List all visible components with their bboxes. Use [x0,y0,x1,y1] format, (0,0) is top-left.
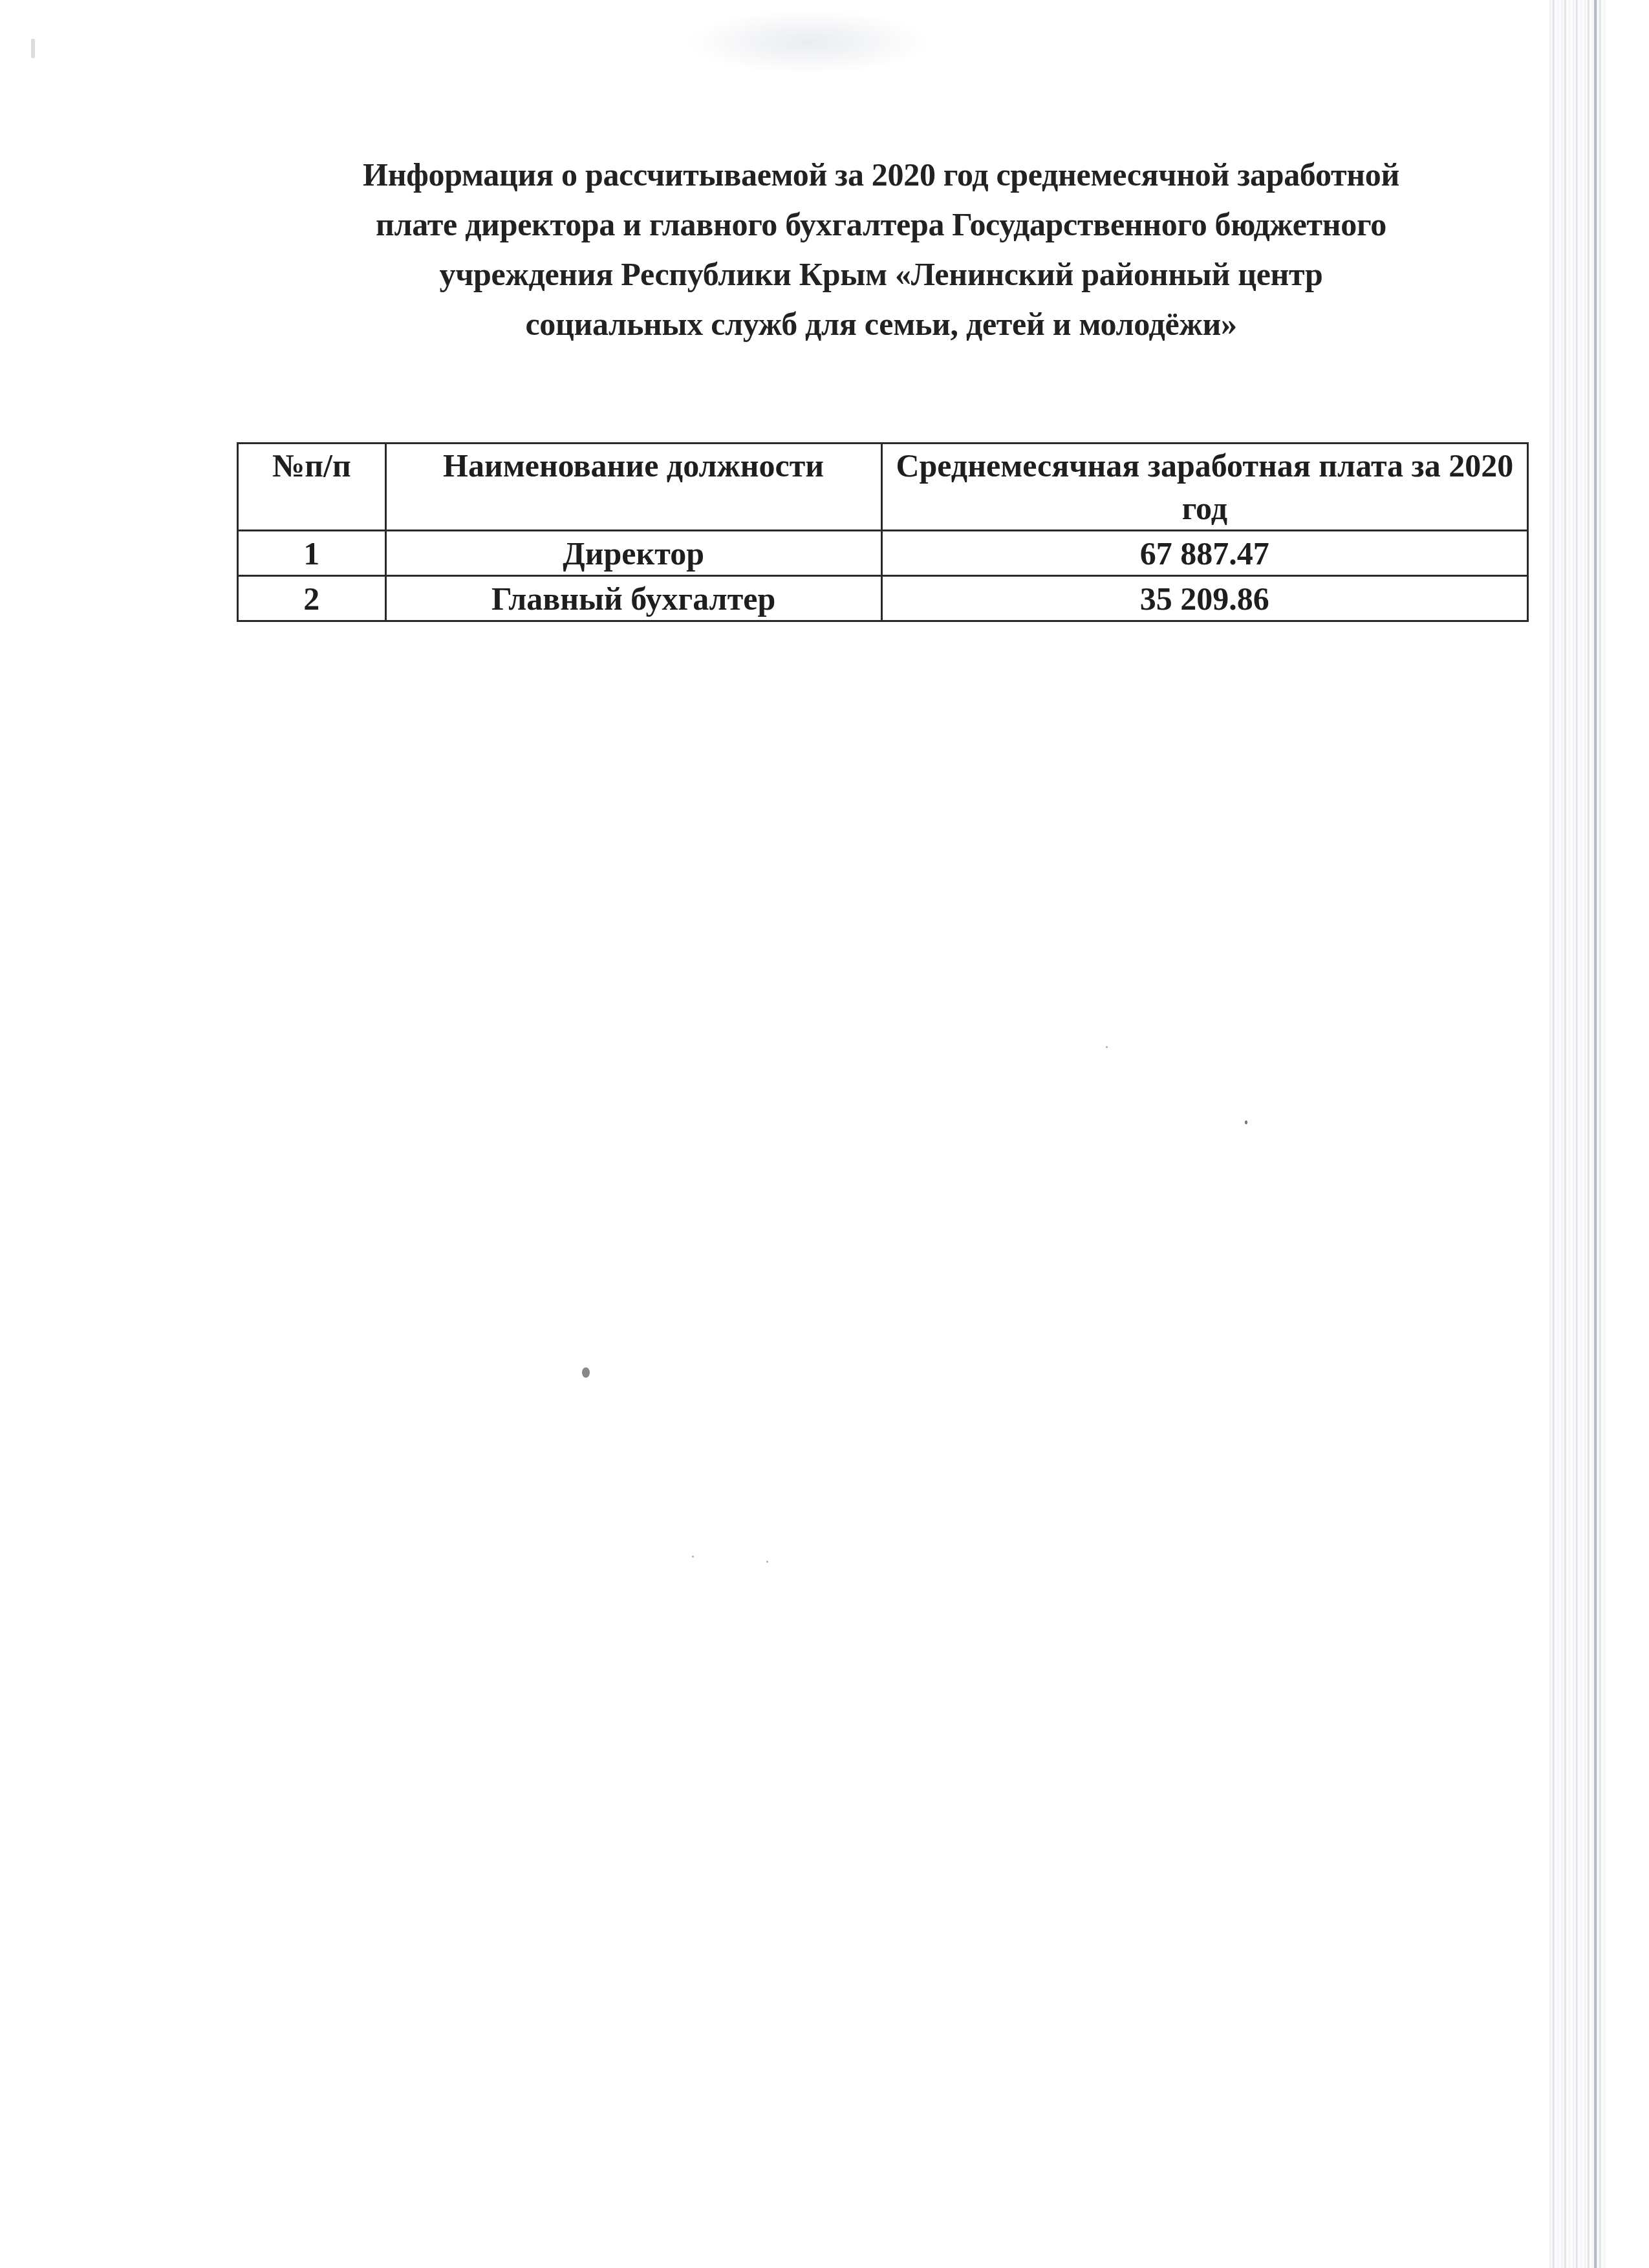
cell-number: 2 [238,576,386,621]
scan-artifact-top [685,10,931,74]
cell-salary: 67 887.47 [881,531,1527,576]
scan-speck [1245,1120,1247,1124]
header-position: Наименование должности [385,444,881,531]
table-row: 1 Директор 67 887.47 [238,531,1528,576]
cell-position: Главный бухгалтер [385,576,881,621]
header-salary: Среднемесячная заработная плата за 2020 … [881,444,1527,531]
scan-speck [582,1367,590,1378]
table-row: 2 Главный бухгалтер 35 209.86 [238,576,1528,621]
scan-speck [1106,1046,1108,1048]
cell-salary: 35 209.86 [881,576,1527,621]
title-line-4: социальных служб для семьи, детей и моло… [233,299,1529,349]
title-line-3: учреждения Республики Крым «Ленинский ра… [233,250,1529,299]
cell-position: Директор [385,531,881,576]
title-line-2: плате директора и главного бухгалтера Го… [233,200,1529,250]
header-number: №п/п [238,444,386,531]
scan-speck [766,1561,768,1563]
scan-noise-strip [1549,0,1607,2268]
table-header-row: №п/п Наименование должности Среднемесячн… [238,444,1528,531]
scan-speck [692,1556,694,1557]
title-line-1: Информация о рассчитываемой за 2020 год … [233,150,1529,200]
cell-number: 1 [238,531,386,576]
salary-table: №п/п Наименование должности Среднемесячн… [237,442,1529,622]
scan-noise-line [1594,0,1597,2268]
document-title: Информация о рассчитываемой за 2020 год … [233,150,1529,349]
scan-speck [31,39,35,58]
